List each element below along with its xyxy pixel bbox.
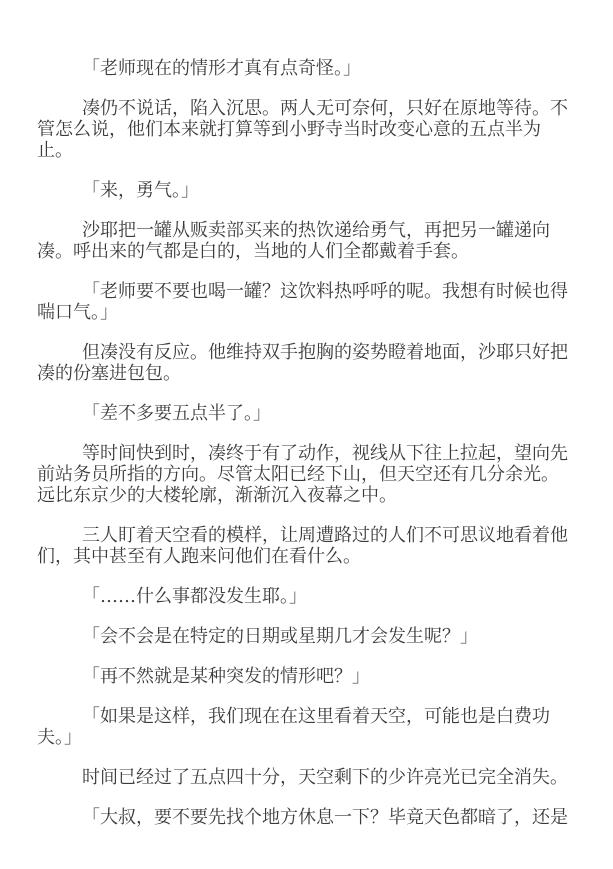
paragraph: 「会不会是在特定的日期或星期几才会发生呢？」 [37,626,573,647]
paragraph: 「差不多要五点半了。」 [37,403,573,424]
paragraph: 「老师现在的情形才真有点奇怪。」 [37,58,573,79]
paragraph: 「来，勇气。」 [37,180,573,201]
paragraph: 「……什么事都没发生耶。」 [37,586,573,607]
paragraph: 凑仍不说话，陷入沉思。两人无可奈何，只好在原地等待。不管怎么说，他们本来就打算等… [37,98,573,161]
paragraph: 时间已经过了五点四十分，天空剩下的少许亮光已完全消失。 [37,767,573,788]
paragraph: 沙耶把一罐从贩卖部买来的热饮递给勇气，再把另一罐递向凑。呼出来的气都是白的，当地… [37,220,573,262]
paragraph: 「大叔，要不要先找个地方休息一下？毕竟天色都暗了，还是 [37,807,573,828]
page-text: 「老师现在的情形才真有点奇怪。」凑仍不说话，陷入沉思。两人无可奈何，只好在原地等… [37,58,573,828]
paragraph: 「老师要不要也喝一罐？这饮料热呼呼的呢。我想有时候也得喘口气。」 [37,281,573,323]
paragraph: 三人盯着天空看的模样，让周遭路过的人们不可思议地看着他们，其中甚至有人跑来问他们… [37,525,573,567]
paragraph: 等时间快到时，凑终于有了动作，视线从下往上拉起，望向先前站务员所指的方向。尽管太… [37,443,573,506]
paragraph: 「再不然就是某种突发的情形吧？」 [37,666,573,687]
book-page: 「老师现在的情形才真有点奇怪。」凑仍不说话，陷入沉思。两人无可奈何，只好在原地等… [0,0,613,869]
paragraph: 但凑没有反应。他维持双手抱胸的姿势瞪着地面，沙耶只好把凑的份塞进包包。 [37,342,573,384]
paragraph: 「如果是这样，我们现在在这里看着天空，可能也是白费功夫。」 [37,706,573,748]
